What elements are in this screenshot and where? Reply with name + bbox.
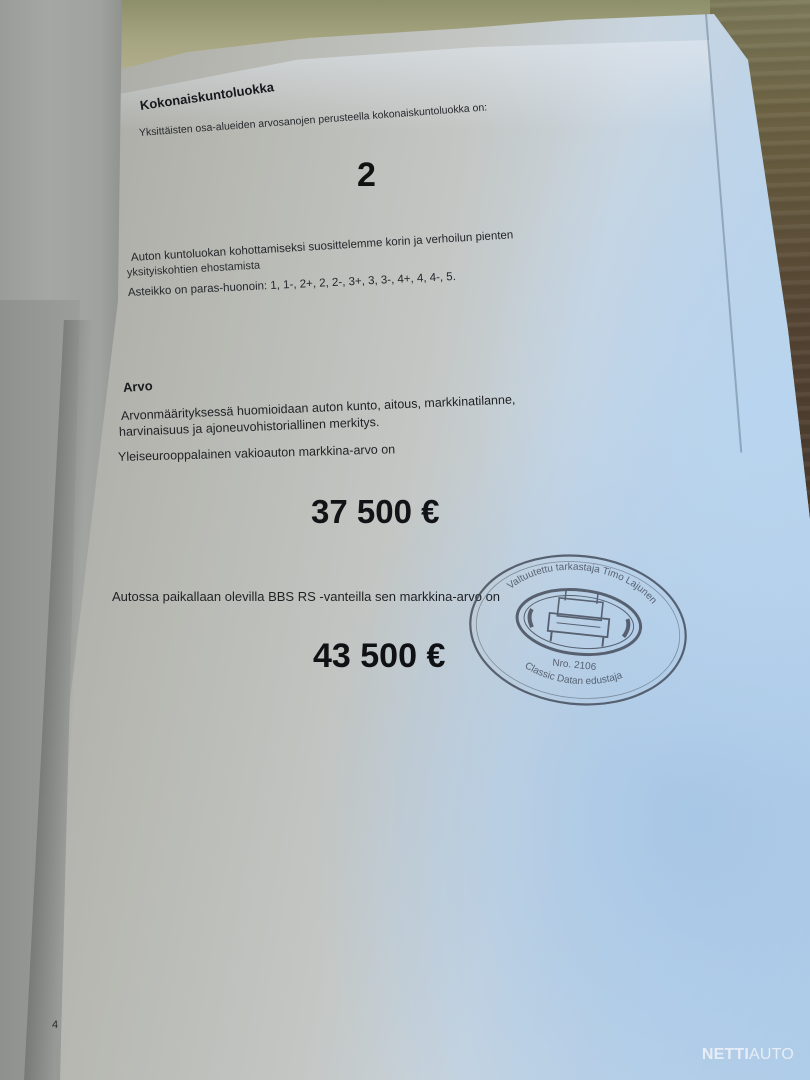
inspector-stamp: Valtuutettu tarkastaja Timo Lajunen Nro.… bbox=[458, 541, 697, 720]
value-heading: Arvo bbox=[122, 378, 153, 395]
wheels-value-label: Autossa paikallaan olevilla BBS RS -vant… bbox=[112, 589, 500, 604]
wheels-market-price: 43 500 € bbox=[313, 637, 445, 676]
condition-heading: Kokonaiskuntoluokka bbox=[139, 79, 275, 113]
page-number: 4 bbox=[52, 1019, 58, 1031]
condition-intro: Yksittäisten osa-alueiden arvosanojen pe… bbox=[139, 101, 488, 139]
document-content: Kokonaiskuntoluokka Yksittäisten osa-alu… bbox=[0, 0, 810, 1080]
watermark-brand-bold: NETTI bbox=[702, 1046, 749, 1063]
standard-market-price: 37 500 € bbox=[311, 493, 439, 531]
watermark-brand-light: AUTO bbox=[749, 1046, 794, 1063]
recommendation-line-1: Auton kuntoluokan kohottamiseksi suositt… bbox=[131, 229, 514, 264]
classic-car-icon bbox=[514, 584, 644, 661]
nettiauto-watermark: NETTIAUTO bbox=[702, 1046, 794, 1064]
market-value-label: Yleiseurooppalainen vakioauton markkina-… bbox=[118, 442, 396, 464]
stamp-number: Nro. 2106 bbox=[552, 658, 597, 674]
condition-grade: 2 bbox=[357, 156, 376, 195]
